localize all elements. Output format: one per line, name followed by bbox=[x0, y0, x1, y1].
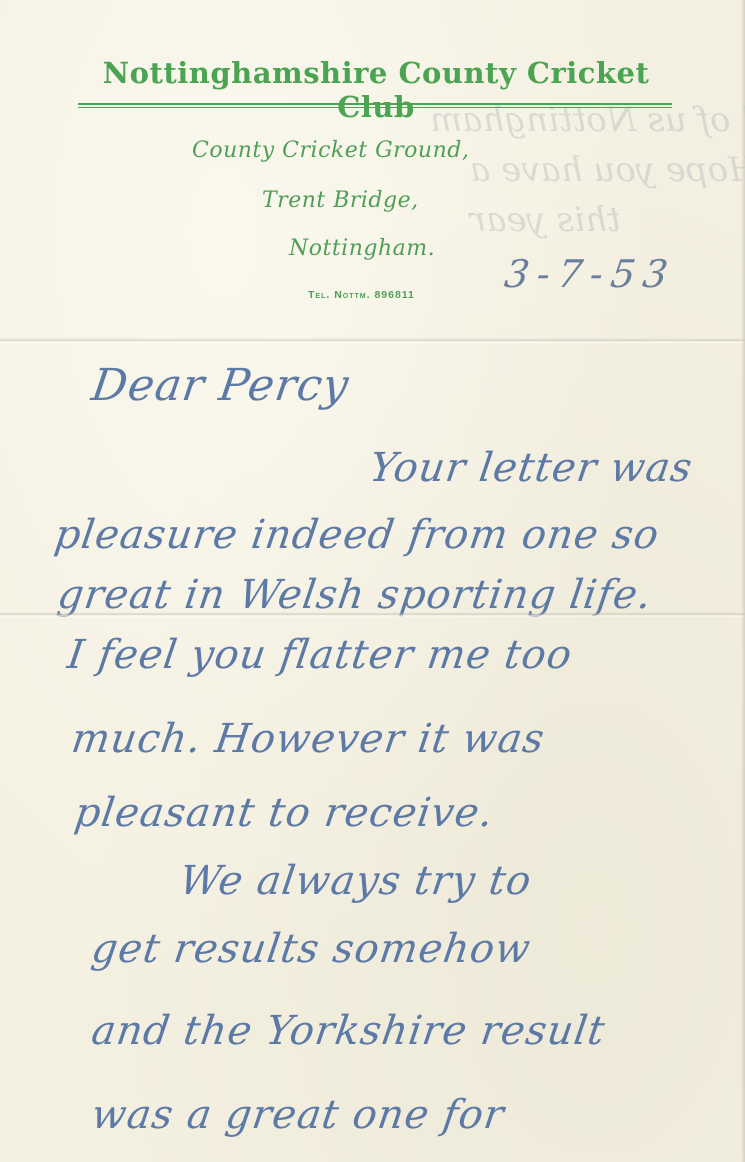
body-line: pleasure indeed from one so bbox=[52, 512, 662, 558]
bleed-through-text: Hope you have a bbox=[470, 150, 745, 190]
letterhead-rule bbox=[78, 103, 672, 105]
letterhead-rule bbox=[78, 107, 672, 108]
fold-crease bbox=[0, 612, 745, 618]
body-line: pleasant to receive. bbox=[72, 790, 497, 836]
bleed-through-text: this year bbox=[470, 200, 621, 240]
letter-page: all of us Nottingham Hope you have a thi… bbox=[0, 0, 745, 1162]
salutation: Dear Percy bbox=[88, 360, 352, 411]
body-line: much. However it was bbox=[69, 716, 548, 762]
body-line: was a great one for bbox=[89, 1092, 508, 1138]
letterhead-title: Nottinghamshire County Cricket Club bbox=[80, 56, 672, 124]
body-line: get results somehow bbox=[89, 926, 534, 972]
address-line-city: Nottingham. bbox=[289, 236, 435, 261]
telephone-number: Tel. Nottm. 896811 bbox=[308, 289, 415, 301]
body-line: Your letter was bbox=[367, 445, 696, 491]
body-line: I feel you flatter me too bbox=[65, 632, 575, 678]
letter-date: 3-7-53 bbox=[502, 252, 679, 296]
fold-crease bbox=[0, 338, 745, 344]
address-line-ground: County Cricket Ground, bbox=[192, 138, 469, 163]
paper-edge bbox=[741, 0, 745, 1162]
address-line-bridge: Trent Bridge, bbox=[262, 188, 419, 213]
body-line: and the Yorkshire result bbox=[89, 1008, 609, 1054]
body-line: We always try to bbox=[177, 858, 535, 904]
